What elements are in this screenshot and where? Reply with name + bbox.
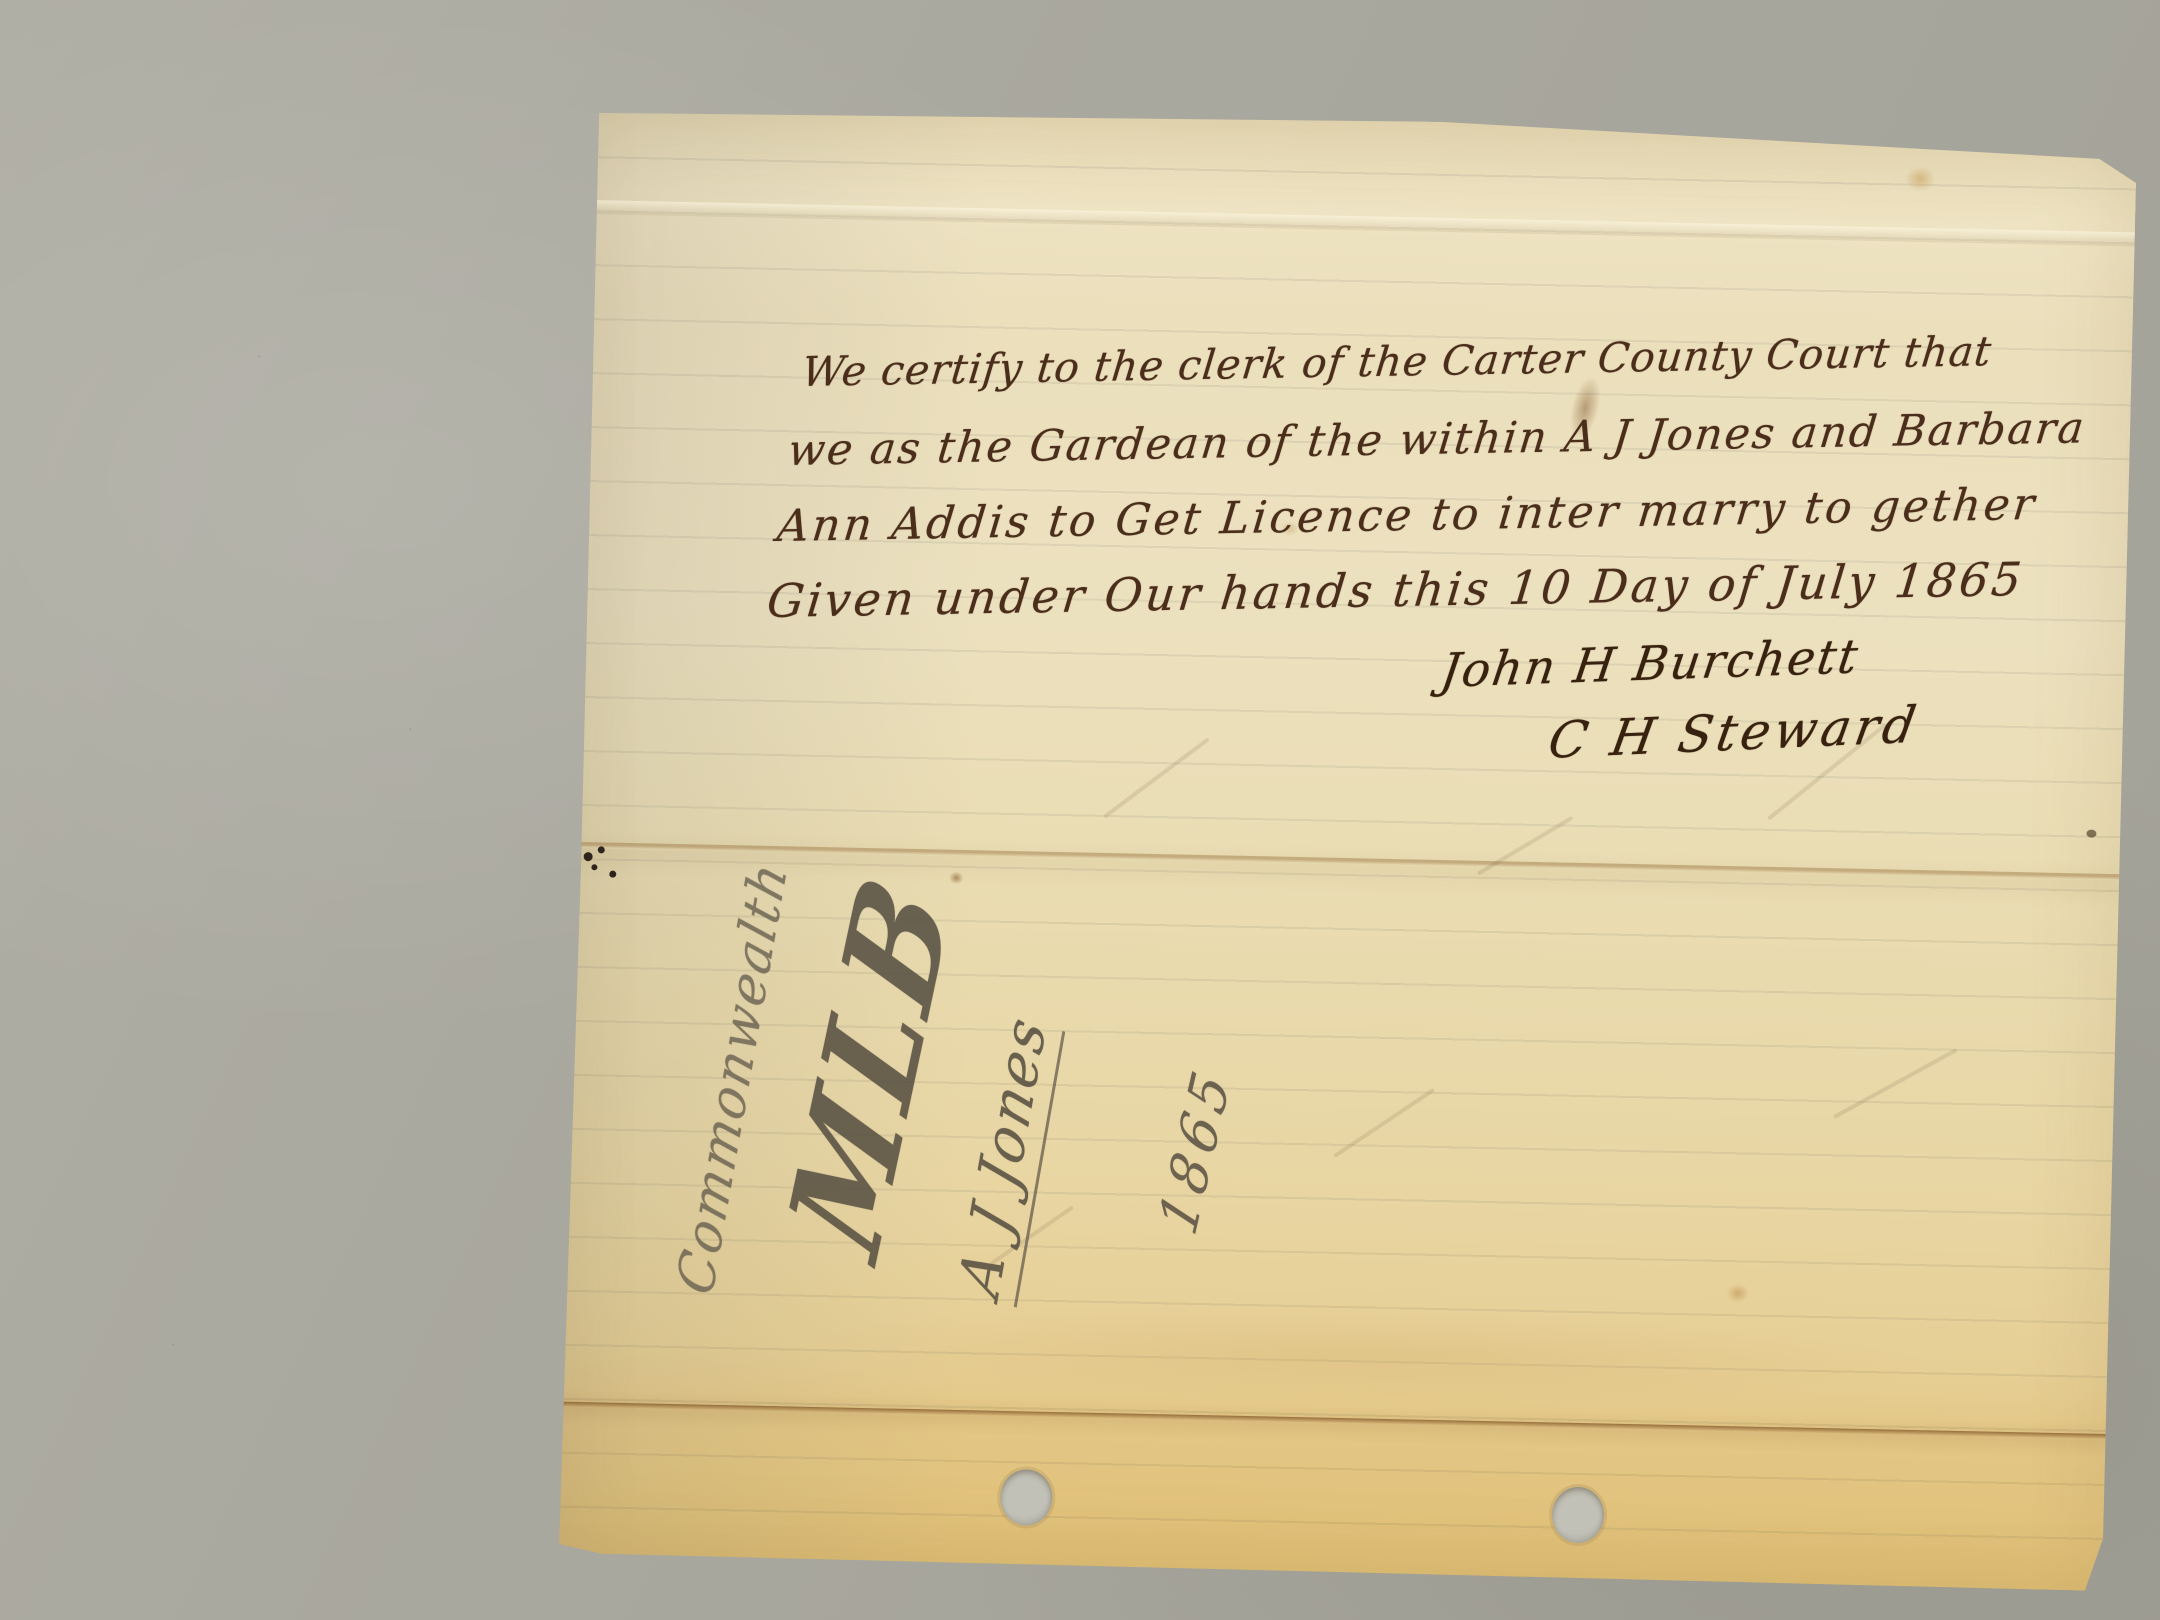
photo-background: We certify to the clerk of the Carter Co…: [0, 0, 2160, 1620]
ink-speckles: [591, 864, 597, 870]
dark-speck: [2086, 830, 2096, 838]
document-paper: [555, 104, 2137, 1591]
ink-speckles: [598, 846, 605, 853]
